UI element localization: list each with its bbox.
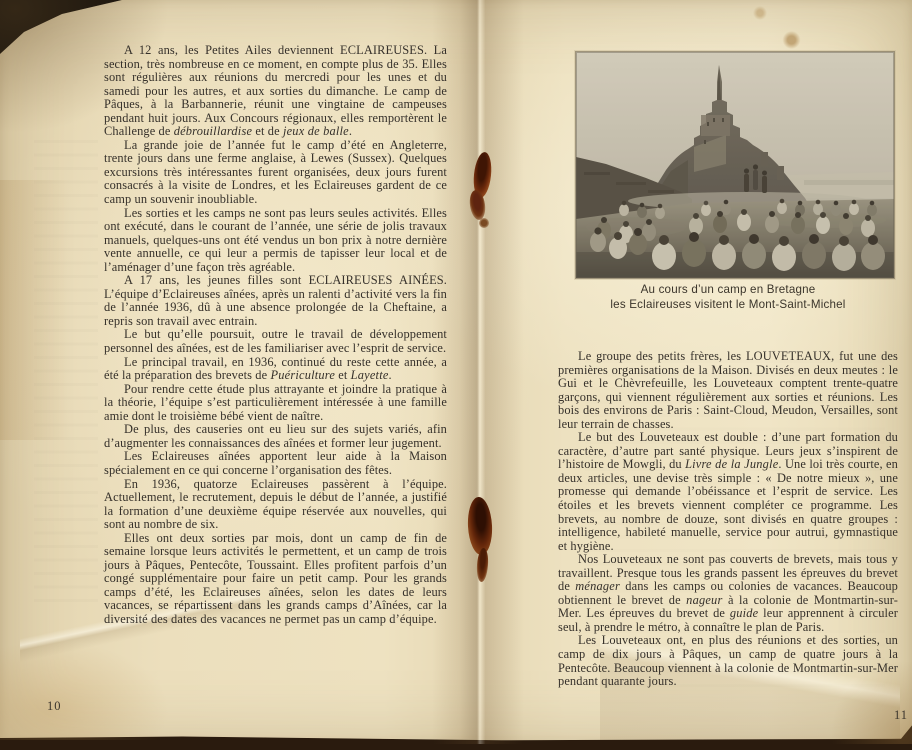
paragraph: Les Louveteaux ont, en plus des réunions… [558,634,898,688]
mont-saint-michel-photo [576,52,894,278]
paragraph: Le principal travail, en 1936, continué … [104,356,447,383]
page-number-left: 10 [47,699,62,714]
photo-caption-line2: les Eclaireuses visitent le Mont-Saint-M… [558,298,898,313]
page-number-right: 11 [894,708,908,723]
paragraph: La grande joie de l’année fut le camp d’… [104,139,447,207]
book-scan: A 12 ans, les Petites Ailes deviennent E… [0,0,912,750]
paragraph: Le but qu’elle poursuit, outre le travai… [104,328,447,355]
paragraph: De plus, des causeries ont eu lieu sur d… [104,423,447,450]
paragraph: Les Eclaireuses aînées apportent leur ai… [104,450,447,477]
paragraph: A 12 ans, les Petites Ailes deviennent E… [104,44,447,139]
paragraph: A 17 ans, les jeunes filles sont ECLAIRE… [104,274,447,328]
photo-illustration [576,52,894,278]
right-page-text: Le groupe des petits frères, les LOUVETE… [558,350,898,689]
paragraph: Les sorties et les camps ne sont pas leu… [104,207,447,275]
rust-dot-top [479,218,489,228]
paragraph: Nos Louveteaux ne sont pas couverts de b… [558,553,898,634]
paragraph: Pour rendre cette étude plus attrayante … [104,383,447,424]
paragraph: Le but des Louveteaux est double : d’une… [558,431,898,553]
paragraph: En 1936, quatorze Eclaireuses passèrent … [104,478,447,532]
left-page-text: A 12 ans, les Petites Ailes deviennent E… [104,44,447,627]
paragraph: Le groupe des petits frères, les LOUVETE… [558,350,898,431]
photo-caption-line1: Au cours d’un camp en Bretagne [558,283,898,298]
paragraph: Elles ont deux sorties par mois, dont un… [104,532,447,627]
photo-caption: Au cours d’un camp en Bretagne les Eclai… [558,283,898,312]
